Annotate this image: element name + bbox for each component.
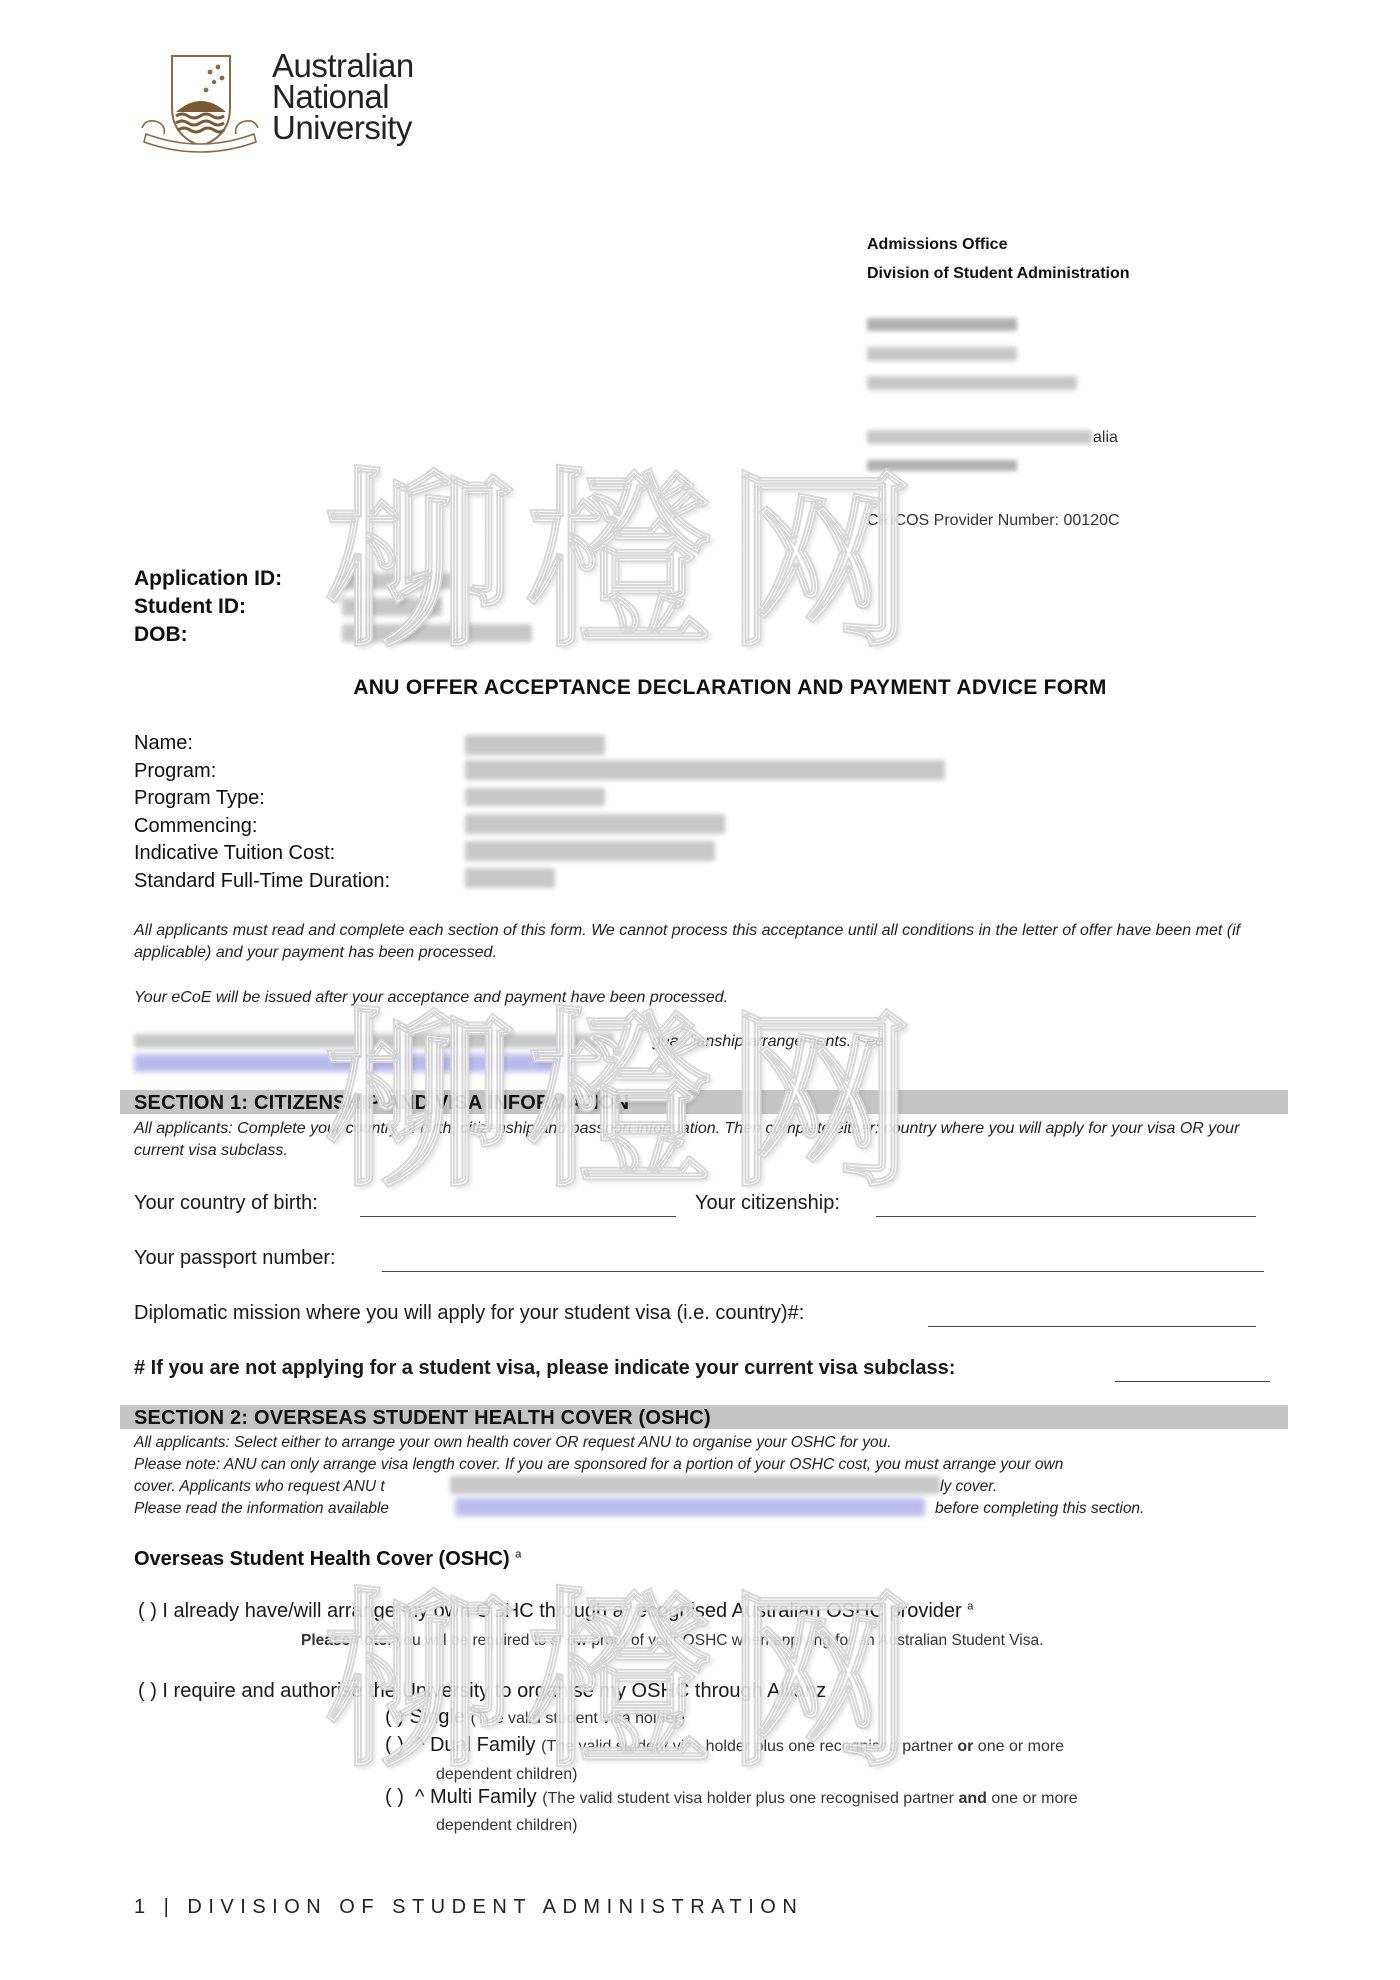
country-of-birth-field[interactable] — [360, 1216, 676, 1217]
university-name: Australian National University — [272, 50, 414, 143]
division-name: Division of Student Administration — [867, 259, 1130, 288]
section-2-note-4-end: before completing this section. — [935, 1498, 1144, 1520]
own-oshc-note: Please note: you will be required to sho… — [301, 1632, 1043, 1650]
citizenship-label: Your citizenship: — [695, 1192, 840, 1215]
section-1-note: All applicants: Complete your country of… — [134, 1118, 1284, 1162]
oshc-heading: Overseas Student Health Cover (OSHC) a — [134, 1548, 521, 1571]
redacted-fax — [867, 347, 1017, 361]
commencing-label: Commencing: — [134, 813, 390, 841]
dual-family-desc: (The valid student visa holder plus one … — [541, 1738, 957, 1755]
anu-crest-logo — [136, 50, 264, 160]
cricos-number: CRICOS Provider Number: 00120C — [867, 512, 1120, 530]
watermark-top: 柳橙网 — [325, 410, 925, 683]
redacted-guardianship-link[interactable] — [134, 1054, 574, 1072]
section-2-note-3-start: cover. Applicants who request ANU t — [134, 1476, 385, 1498]
redacted-address — [867, 430, 1092, 444]
application-id-label: Application ID: — [134, 565, 282, 593]
dual-family-desc-line2: dependent children) — [436, 1766, 577, 1784]
passport-number-field[interactable] — [382, 1271, 1264, 1272]
redacted-commencing — [465, 814, 725, 834]
intro-paragraph-2: Your eCoE will be issued after your acce… — [134, 987, 728, 1009]
intro-paragraph-1: All applicants must read and complete ea… — [134, 920, 1274, 964]
redacted-email — [867, 376, 1077, 390]
logo-line-2: National — [272, 81, 414, 112]
please-note-text: : you will be required to show proof of … — [387, 1632, 1043, 1649]
dual-family-label: ^ Dual Family — [415, 1734, 536, 1756]
section-2-note-2: Please note: ANU can only arrange visa l… — [134, 1454, 1063, 1476]
oshc-footnote-mark: a — [515, 1548, 521, 1560]
multi-family-label: ^ Multi Family — [415, 1786, 537, 1808]
visa-subclass-label: # If you are not applying for a student … — [134, 1357, 955, 1380]
logo-line-3: University — [272, 112, 414, 143]
redacted-application-id — [342, 573, 452, 589]
page-footer: 1 | DIVISION OF STUDENT ADMINISTRATION — [134, 1896, 803, 1919]
dual-family-or: or — [957, 1738, 973, 1755]
section-2-note-3-end: ly cover. — [940, 1476, 997, 1498]
office-name: Admissions Office — [867, 230, 1130, 259]
redacted-oshc-link[interactable] — [455, 1498, 925, 1516]
redacted-program-type — [465, 788, 605, 806]
office-address-heading: Admissions Office Division of Student Ad… — [867, 230, 1130, 288]
section-2-note-4-start: Please read the information available — [134, 1498, 389, 1520]
offer-details-labels: Name: Program: Program Type: Commencing:… — [134, 730, 390, 895]
country-of-birth-label: Your country of birth: — [134, 1192, 318, 1215]
single-label: Single — [409, 1706, 465, 1728]
single-desc: (The valid student visa holder) — [471, 1710, 685, 1727]
dob-label: DOB: — [134, 621, 282, 649]
passport-number-label: Your passport number: — [134, 1247, 336, 1270]
redacted-tuition — [465, 841, 715, 861]
multi-family-radio[interactable]: ( ) — [385, 1786, 404, 1808]
multi-family-desc-line2: dependent children) — [436, 1817, 577, 1835]
redacted-web — [867, 460, 1017, 471]
radio-dual-family[interactable]: ( ) ^ Dual Family (The valid student vis… — [385, 1734, 1064, 1757]
redacted-section-2-text — [450, 1476, 940, 1494]
redacted-student-id — [342, 598, 442, 616]
redacted-dob — [342, 624, 532, 642]
diplomatic-mission-field[interactable] — [928, 1326, 1256, 1327]
multi-family-and: and — [958, 1790, 986, 1807]
diplomatic-mission-label: Diplomatic mission where you will apply … — [134, 1302, 804, 1325]
section-2-title: SECTION 2: OVERSEAS STUDENT HEALTH COVER… — [134, 1407, 711, 1430]
redacted-duration — [465, 868, 555, 888]
dual-family-radio[interactable]: ( ) — [385, 1734, 404, 1756]
single-radio[interactable]: ( ) — [385, 1706, 404, 1728]
logo-line-1: Australian — [272, 50, 414, 81]
section-2-note-1: All applicants: Select either to arrange… — [134, 1432, 892, 1454]
program-label: Program: — [134, 758, 390, 786]
section-1-title: SECTION 1: CITIZENSHIP AND VISA INFORMAT… — [134, 1092, 629, 1115]
oshc-heading-text: Overseas Student Health Cover (OSHC) — [134, 1548, 510, 1570]
address-fragment: alia — [1093, 429, 1118, 447]
intro-paragraph-3: guardianship arrangements. See — [652, 1031, 884, 1053]
name-label: Name: — [134, 730, 390, 758]
redacted-guardianship-text — [134, 1034, 614, 1048]
dual-family-desc-end: one or more — [973, 1738, 1064, 1755]
program-type-label: Program Type: — [134, 785, 390, 813]
visa-subclass-field[interactable] — [1115, 1381, 1270, 1382]
student-id-label: Student ID: — [134, 593, 282, 621]
redacted-phone — [867, 318, 1017, 331]
redacted-program — [465, 760, 945, 780]
duration-label: Standard Full-Time Duration: — [134, 868, 390, 896]
own-oshc-label: ( ) I already have/will arrange my own O… — [138, 1600, 962, 1622]
applicant-id-labels: Application ID: Student ID: DOB: — [134, 565, 282, 649]
redacted-name — [465, 735, 605, 755]
please-note-bold: Please note — [301, 1632, 387, 1649]
citizenship-field[interactable] — [876, 1216, 1256, 1217]
radio-own-oshc[interactable]: ( ) I already have/will arrange my own O… — [138, 1600, 973, 1623]
multi-family-desc-end: one or more — [987, 1790, 1078, 1807]
multi-family-desc: (The valid student visa holder plus one … — [542, 1790, 958, 1807]
radio-multi-family[interactable]: ( ) ^ Multi Family (The valid student vi… — [385, 1786, 1078, 1809]
radio-allianz-oshc[interactable]: ( ) I require and authorise the Universi… — [138, 1680, 826, 1703]
tuition-cost-label: Indicative Tuition Cost: — [134, 840, 390, 868]
own-oshc-footnote-mark: a — [967, 1600, 973, 1612]
radio-single[interactable]: ( ) Single (The valid student visa holde… — [385, 1706, 685, 1729]
form-title: ANU OFFER ACCEPTANCE DECLARATION AND PAY… — [0, 676, 1400, 700]
